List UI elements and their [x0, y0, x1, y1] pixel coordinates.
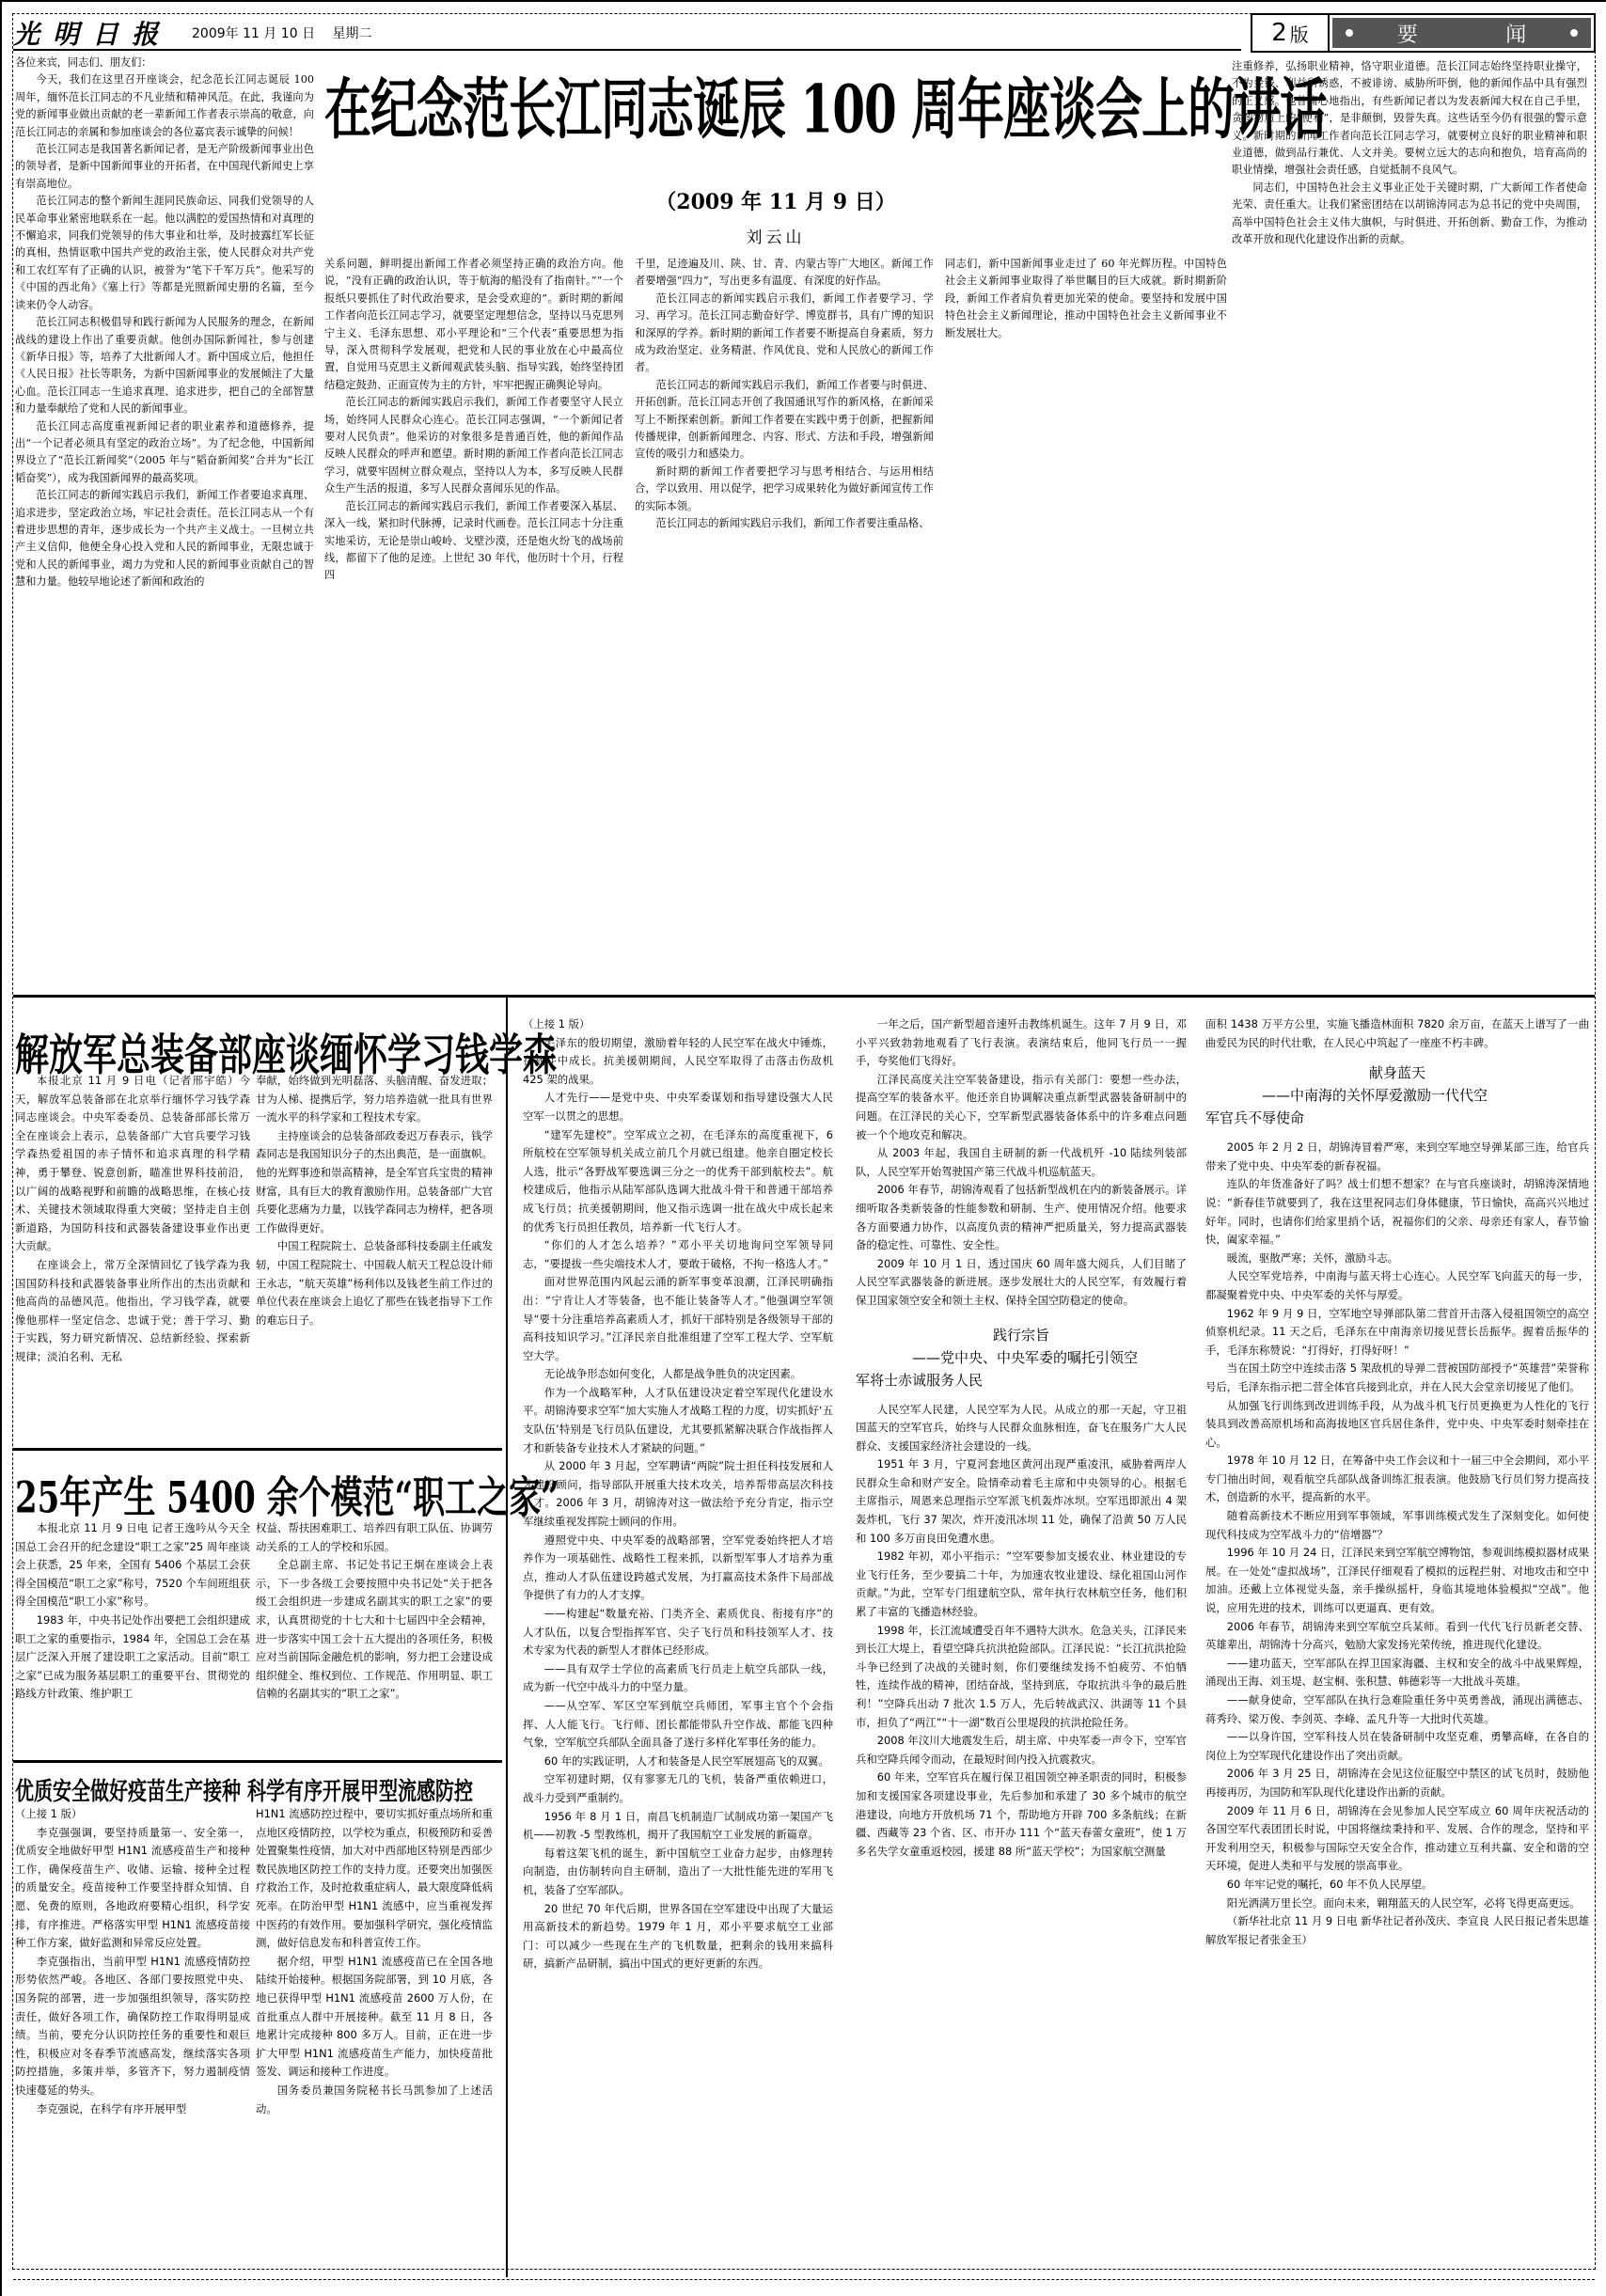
page-number-value: 2: [1271, 19, 1287, 47]
union-column-1: 本报北京 11 月 9 日电 记者王逸吟从今天全国总工会召开的纪念建设“职工之家…: [15, 1519, 250, 1758]
lead-date: （2009 年 11 月 9 日）: [324, 186, 1227, 215]
subhead-practice-subtitle-cont: 军将士赤诚服务人民: [856, 1369, 1187, 1392]
newspaper-logo: 光明日报: [13, 14, 171, 52]
lead-author: 刘云山: [324, 224, 1227, 247]
subhead-devotion-title: 献身蓝天: [1205, 1062, 1589, 1084]
flu-column-2: H1N1 流感防控过程中，要切实抓好重点场所和重点地区疫情防控，以学校为重点，积…: [256, 1805, 493, 2275]
bullet-icon: [1346, 29, 1353, 37]
lead-headline: 在纪念范长江同志诞辰 100 周年座谈会上的讲话: [324, 68, 1227, 152]
section-divider: [13, 1448, 502, 1451]
lead-column-5: 注重修养，弘扬职业精神，恪守职业道德。范长江同志始终坚持职业操守，不为金钱、利益…: [1232, 58, 1587, 995]
publication-date: 2009年 11 月 10 日 星期二: [192, 24, 386, 42]
pla-column-1: 本报北京 11 月 9 日电（记者邢宇皓）今天，解放军总装备部在北京举行缅怀学习…: [15, 1072, 250, 1448]
lead-column-1: 各位来宾，同志们、朋友们： 今天，我们在这里召开座谈会，纪念范长江同志诞辰 10…: [15, 55, 314, 995]
page-number: 2 版: [1252, 15, 1330, 51]
lead-column-3: 千里，足迹遍及川、陕、甘、青、内蒙古等广大地区。新闻工作者要增强“四力”，写出更…: [635, 256, 934, 995]
section-divider: [13, 995, 1595, 998]
airforce-column-1: （上接 1 版） 毛泽东的殷切期望，激励着年轻的人民空军在战火中锤炼，在战斗中成…: [523, 1015, 833, 2277]
subhead-practice-subtitle: ——党中央、中央军委的嘱托引领空: [856, 1346, 1187, 1369]
flu-headline: 优质安全做好疫苗生产接种 科学有序开展甲型流感防控: [15, 1771, 473, 1807]
union-column-2: 权益、帮扶困难职工、培养四有职工队伍、协调劳动关系的工人的学校和乐园。 全总副主…: [256, 1519, 493, 1758]
lead-column-2: 关系问题，鲜明提出新闻工作者必须坚持正确的政治方向。他说，“没有正确的政治认识，…: [324, 256, 623, 995]
union-headline: 25年产生 5400 余个模范“职工之家”: [15, 1463, 559, 1525]
masthead: 光明日报 2009年 11 月 10 日 星期二: [13, 17, 1236, 49]
subhead-practice-title: 践行宗旨: [856, 1324, 1187, 1346]
page-left-border: [0, 0, 2, 2296]
lead-column-4-part: 同志们，新中国新闻事业走过了 60 年光辉历程。中国特色社会主义新闻事业取得了举…: [945, 256, 1227, 995]
section-char: 闻: [1505, 19, 1526, 48]
section-divider: [13, 1760, 502, 1763]
masthead-rule: [13, 49, 1241, 51]
bullet-icon: [1570, 29, 1578, 37]
page-section-box: 2 版 要 闻: [1251, 13, 1596, 53]
page-bottom-border: [13, 2279, 1595, 2280]
section-name: 要 闻: [1332, 18, 1591, 48]
date: 2009年 11 月 10 日: [192, 26, 315, 41]
flu-column-1: （上接 1 版） 李克强强调，要坚持质量第一、安全第一，优质安全地做好甲型 H1…: [15, 1805, 250, 2275]
page-top-border: [0, 0, 1606, 2]
column-rule: [506, 997, 508, 2277]
airforce-column-2: 一年之后，国产新型超音速歼击教练机诞生。这年 7 月 9 日，邓小平兴致勃勃地观…: [856, 1015, 1187, 2277]
pla-column-2: 奉献，始终做到光明磊落、头脑清醒、奋发进取；甘为人梯、提携后学，努力培养造就一批…: [256, 1072, 493, 1448]
page-suffix: 版: [1290, 20, 1309, 47]
weekday: 星期二: [333, 26, 372, 41]
subhead-devotion-subtitle: ——中南海的关怀厚爱激励一代代空: [1205, 1084, 1589, 1107]
subhead-devotion-subtitle-cont: 军官兵不辱使命: [1205, 1107, 1589, 1129]
section-char: 要: [1397, 19, 1418, 48]
airforce-column-3: 面积 1438 万平方公里，实施飞播造林面积 7820 余万亩，在蓝天上谱写了一…: [1205, 1015, 1589, 2277]
